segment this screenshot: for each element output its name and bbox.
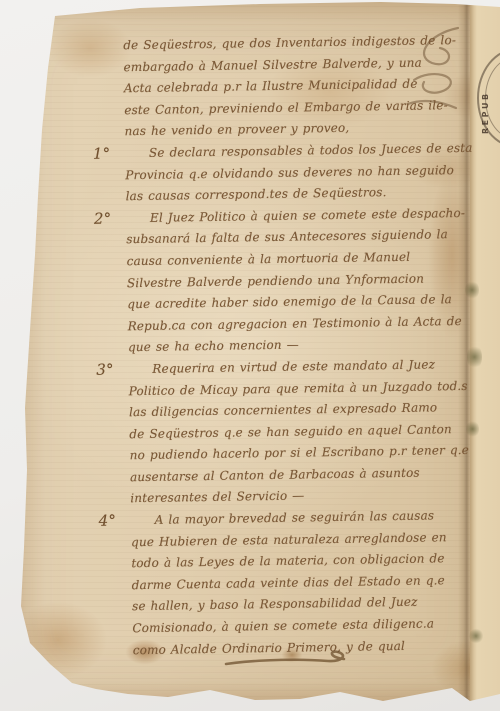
stamp-text: REPUB (481, 62, 490, 134)
paragraph-number: 3° (78, 359, 130, 511)
paragraph-number: 1° (75, 143, 126, 209)
manuscript-line: como Alcalde Ordinario Primero, y de qua… (133, 635, 467, 662)
paragraph-lines: Requerira en virtud de este mandato al J… (128, 354, 470, 510)
manuscript-paragraph: de Seqüestros, que dos Inventarios indig… (73, 30, 459, 144)
manuscript-photo: REPUB de Seqüestros, que dos Inventarios… (0, 0, 500, 711)
paragraph-lines: de Seqüestros, que dos Inventarios indig… (123, 30, 459, 143)
manuscript-paragraph: 2°El Juez Politico à quien se comete est… (76, 203, 462, 360)
paragraph-number: 4° (81, 510, 133, 662)
ink-stain-spot (465, 280, 479, 300)
paragraph-lines: A la mayor brevedad se seguirán las caus… (131, 505, 467, 661)
ink-stain-spot (467, 344, 482, 370)
ink-stain-spot (469, 628, 483, 644)
manuscript-text: de Seqüestros, que dos Inventarios indig… (73, 30, 467, 662)
paragraph-number (73, 35, 125, 144)
manuscript-paragraph: 1°Se declara responsables à todos los Ju… (75, 138, 460, 209)
paragraph-lines: El Juez Politico à quien se comete este … (126, 203, 467, 359)
manuscript-paragraph: 4°A la mayor brevedad se seguirán las ca… (81, 505, 467, 662)
paragraph-lines: Se declara responsables à todos los Juec… (125, 138, 474, 208)
manuscript-page: REPUB de Seqüestros, que dos Inventarios… (0, 0, 500, 711)
paragraph-number: 2° (76, 208, 128, 360)
manuscript-paragraph: 3°Requerira en virtud de este mandato al… (78, 354, 464, 511)
